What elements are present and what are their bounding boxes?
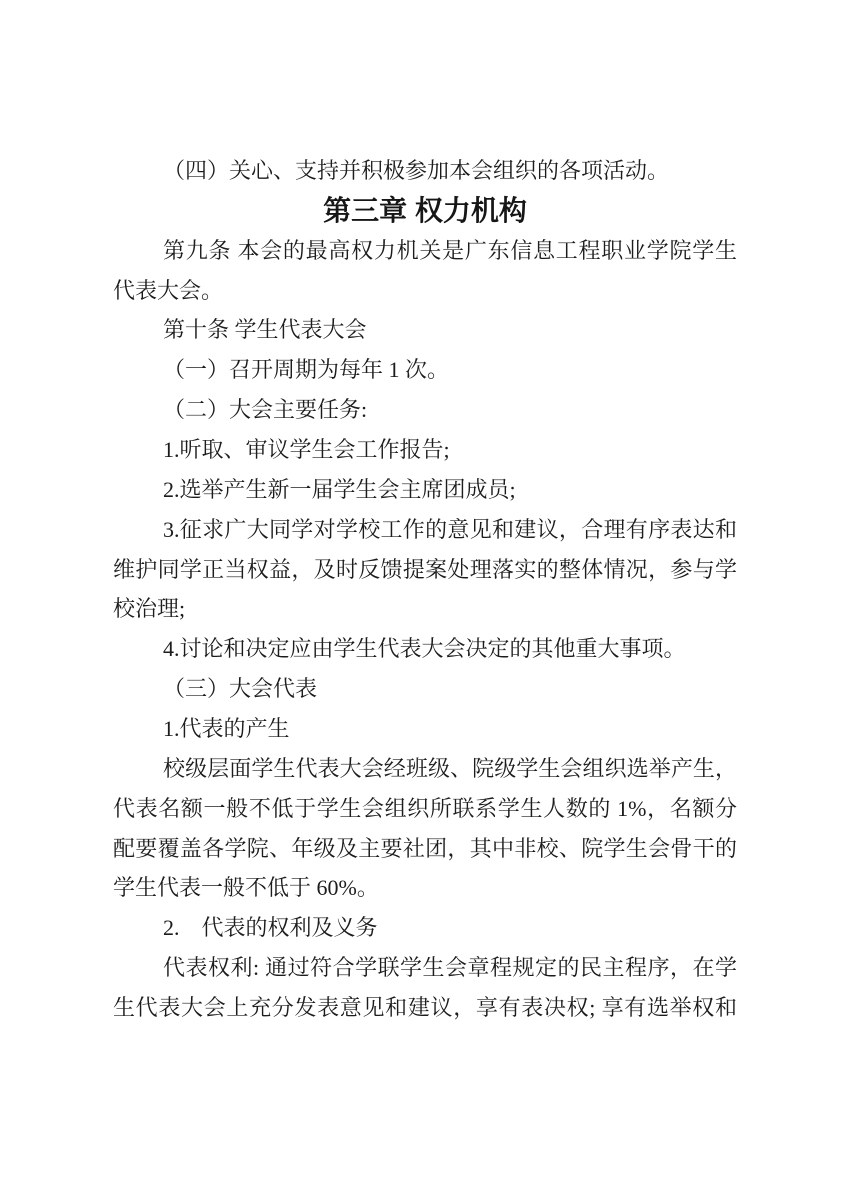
text-line-item1-cycle: （一）召开周期为每年 1 次。: [113, 350, 737, 390]
text-line-task3-cont1: 维护同学正当权益，及时反馈提案处理落实的整体情况，参与学: [113, 550, 737, 590]
text-line-task2: 2.选举产生新一届学生会主席团成员;: [113, 470, 737, 510]
text-line-item2-tasks: （二）大会主要任务:: [113, 390, 737, 430]
text-line-rights-title: 2. 代表的权利及义务: [113, 908, 737, 948]
document-text-block: （四）关心、支持并积极参加本会组织的各项活动。 第三章 权力机构 第九条 本会的…: [113, 151, 737, 1028]
text-line-task4: 4.讨论和决定应由学生代表大会决定的其他重大事项。: [113, 629, 737, 669]
text-line-article9-cont: 代表大会。: [113, 271, 737, 311]
text-line-article10: 第十条 学生代表大会: [113, 310, 737, 350]
text-line-item3-delegates: （三）大会代表: [113, 669, 737, 709]
document-page: （四）关心、支持并积极参加本会组织的各项活动。 第三章 权力机构 第九条 本会的…: [0, 0, 849, 1200]
text-line-task1: 1.听取、审议学生会工作报告;: [113, 430, 737, 470]
chapter-heading: 第三章 权力机构: [113, 191, 737, 231]
text-line-origin-start: 校级层面学生代表大会经班级、院级学生会组织选举产生，: [113, 749, 737, 789]
text-line-task3-cont2: 校治理;: [113, 589, 737, 629]
text-line-origin-cont3: 学生代表一般不低于 60%。: [113, 868, 737, 908]
text-line-article9-start: 第九条 本会的最高权力机关是广东信息工程职业学院学生: [113, 231, 737, 271]
text-line-rights-cont: 生代表大会上充分发表意见和建议，享有表决权; 享有选举权和: [113, 988, 737, 1028]
text-line-delegate-origin-title: 1.代表的产生: [113, 709, 737, 749]
text-line-origin-cont1: 代表名额一般不低于学生会组织所联系学生人数的 1%，名额分: [113, 789, 737, 829]
text-line-rights-start: 代表权利: 通过符合学联学生会章程规定的民主程序，在学: [113, 948, 737, 988]
text-line-task3-start: 3.征求广大同学对学校工作的意见和建议，合理有序表达和: [113, 510, 737, 550]
text-line-origin-cont2: 配要覆盖各学院、年级及主要社团，其中非校、院学生会骨干的: [113, 829, 737, 869]
text-line-duty-item4: （四）关心、支持并积极参加本会组织的各项活动。: [113, 151, 737, 191]
